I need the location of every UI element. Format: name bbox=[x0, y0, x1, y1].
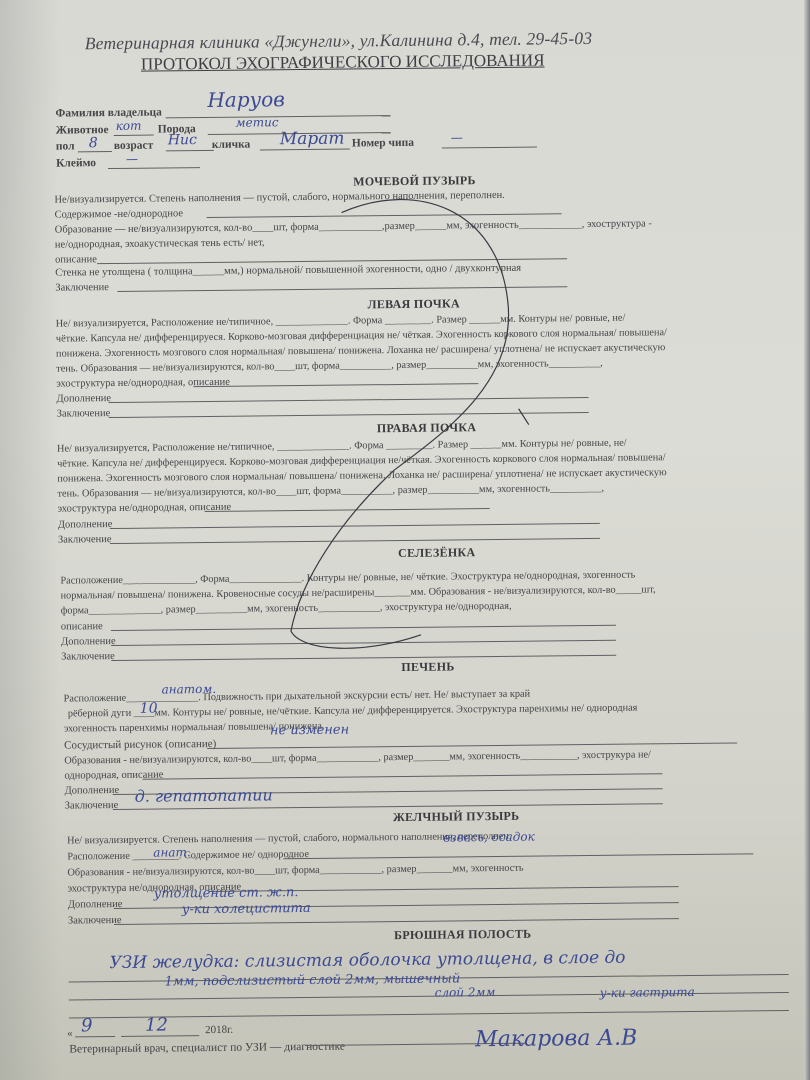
pen-stroke-icon bbox=[0, 0, 810, 1080]
protocol-document: Ветеринарная клиника «Джунгли», ул.Калин… bbox=[0, 0, 810, 1080]
